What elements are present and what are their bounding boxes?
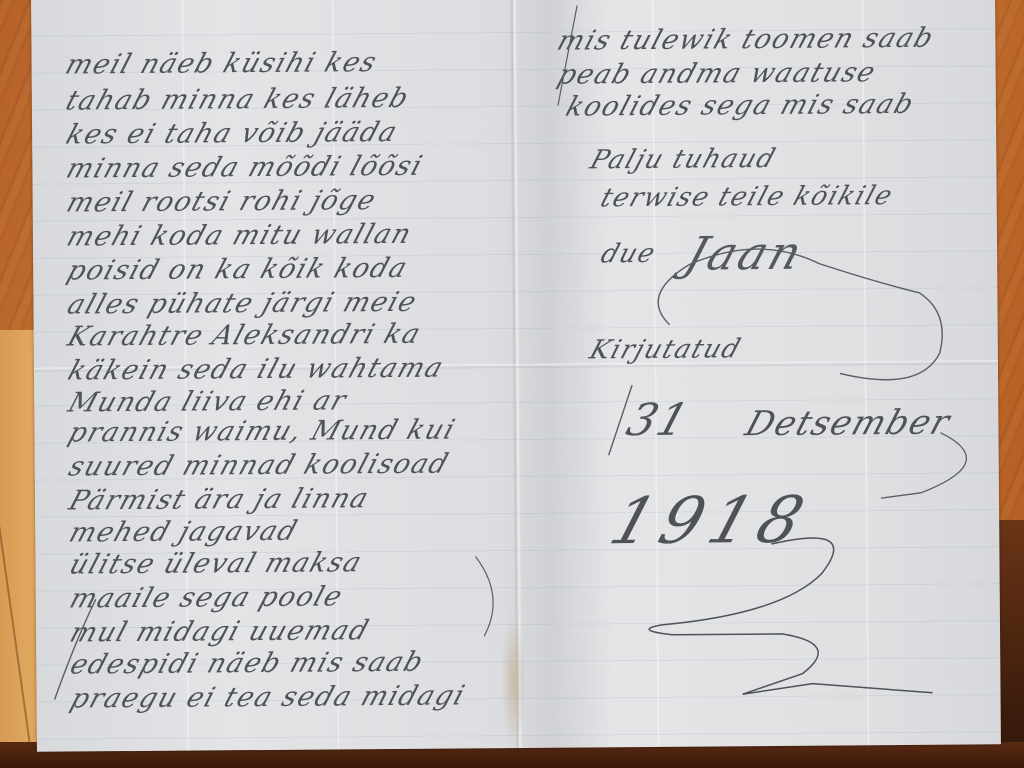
letter-right-page: mis tulewik toomen saab peab andma waatu…	[517, 0, 1001, 748]
pen-flourishes	[31, 0, 515, 752]
letter-paper: meil näeb küsihi kes tahab minna kes läh…	[31, 0, 1001, 752]
letter-left-page: meil näeb küsihi kes tahab minna kes läh…	[31, 0, 515, 752]
signature-flourishes	[517, 0, 1001, 748]
